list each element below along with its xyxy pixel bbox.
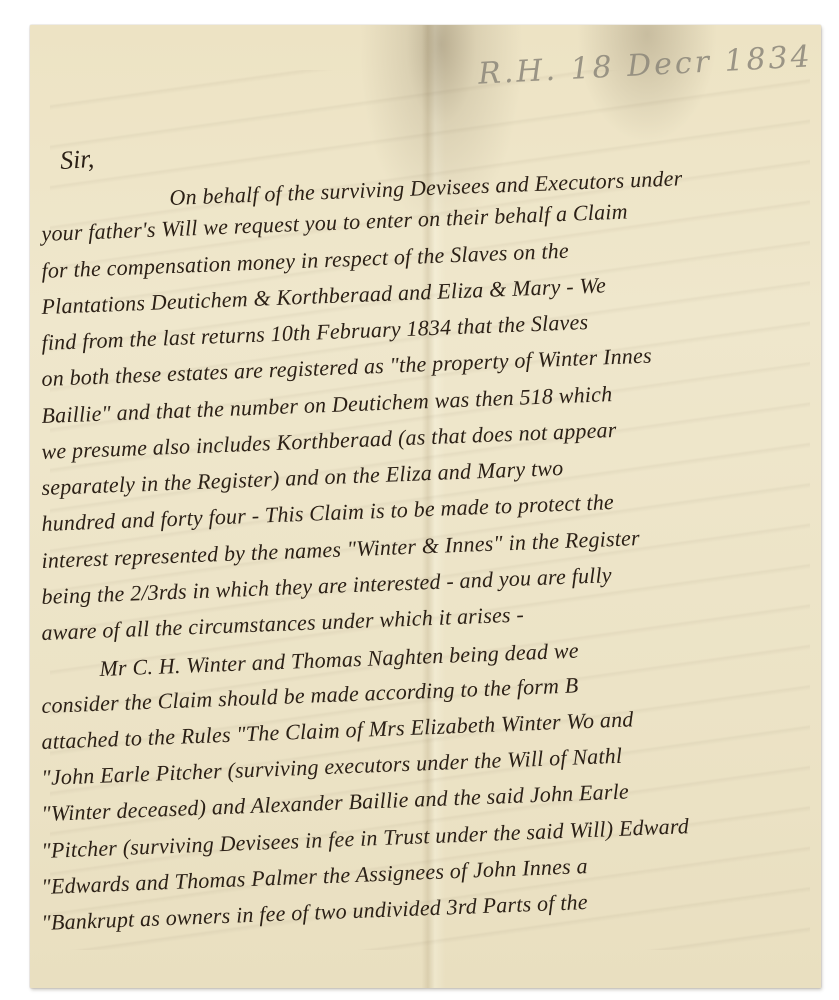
letter-line-13: aware of all the circumstances under whi… (41, 601, 524, 646)
letter-body: Sir, On behalf of the surviving Devisees… (30, 25, 821, 988)
salutation: Sir, (59, 144, 95, 176)
